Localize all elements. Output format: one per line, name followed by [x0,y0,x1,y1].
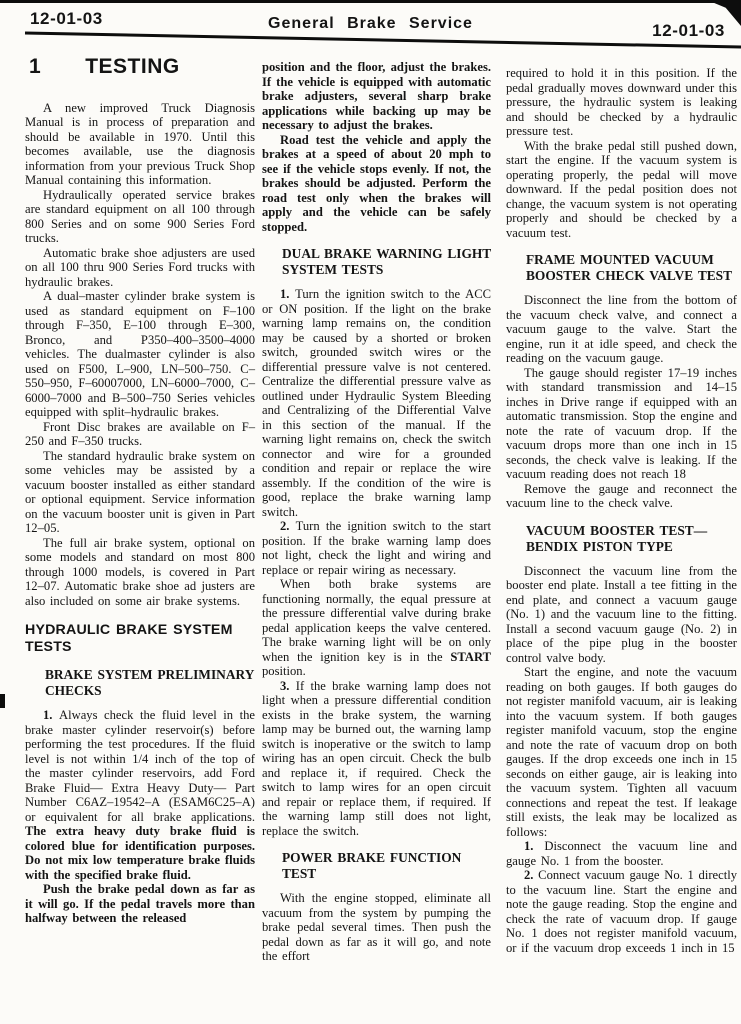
bold-text: Push the brake pedal down as far as it w… [25,882,255,925]
section-number: 1 [29,60,41,75]
paragraph: Start the engine, and note the vacuum re… [506,665,737,839]
body-text: A dual–master cylinder brake system is u… [25,289,255,419]
paragraph: The full air brake system, optional on s… [25,536,255,609]
paragraph: Hydraulically operated service brakes ar… [25,188,255,246]
subsection-heading: POWER BRAKE FUNCTION TEST [262,850,491,882]
body-text: Turn the ignition switch to the ACC or O… [262,287,491,519]
subsection-heading: FRAME MOUNTED VACUUM BOOSTER CHECK VALVE… [506,252,737,284]
body-text: The full air brake system, optional on s… [25,536,255,608]
body-text: Connect vacuum gauge No. 1 directly to t… [506,868,737,955]
paragraph: A new improved Truck Diagnosis Manual is… [25,101,255,188]
paragraph: When both brake systems are functioning … [262,577,491,679]
body-text: Disconnect the vacuum line from the boos… [506,564,737,665]
section-title: TESTING [85,55,180,78]
paragraph: Push the brake pedal down as far as it w… [25,882,255,926]
body-text: required to hold it in this position. If… [506,66,737,138]
paragraph: Road test the vehicle and apply the brak… [262,133,491,235]
body-text: position. [262,664,306,678]
paragraph: A dual–master cylinder brake system is u… [25,289,255,420]
manual-page: 12-01-03 General Brake Service 12-01-03 … [0,0,741,1024]
body-text: The standard hydraulic brake system on s… [25,449,255,536]
bold-text: Road test the vehicle and apply the brak… [262,133,491,234]
bold-text: 1. [280,287,295,301]
paragraph: Front Disc brakes are available on F–250… [25,420,255,449]
paragraph: 2. Connect vacuum gauge No. 1 directly t… [506,868,737,955]
body-text: If the brake warning lamp does not light… [262,679,491,838]
paragraph: 1. Always check the fluid level in the b… [25,708,255,882]
body-text: A new improved Truck Diagnosis Manual is… [25,101,255,188]
body-text: Disconnect the line from the bottom of t… [506,293,737,365]
bold-text: FRAME MOUNTED VACUUM BOOSTER CHECK VALVE… [526,252,732,283]
body-text: Front Disc brakes are available on F–250… [25,420,255,449]
paragraph: With the engine stopped, eliminate all v… [262,891,491,964]
bold-text: 3. [280,679,296,693]
paragraph: The gauge should register 17–19 inches w… [506,366,737,482]
scan-artifact-left-edge [0,694,5,708]
subsection-heading: VACUUM BOOSTER TEST— BENDIX PISTON TYPE [506,523,737,555]
paragraph: 2. Turn the ignition switch to the start… [262,519,491,577]
bold-text: BRAKE SYSTEM PRELIMINARY CHECKS [45,667,254,698]
paragraph: Remove the gauge and reconnect the vacuu… [506,482,737,511]
subsection-heading: DUAL BRAKE WARNING LIGHT SYSTEM TESTS [262,246,491,278]
header-rule [0,0,741,60]
bold-text: position and the floor, adjust the brake… [262,60,491,132]
paragraph: 1. Disconnect the vacuum line and gauge … [506,839,737,868]
paragraph: 1. Turn the ignition switch to the ACC o… [262,287,491,519]
paragraph: 3. If the brake warning lamp does not li… [262,679,491,839]
paragraph: Disconnect the vacuum line from the boos… [506,564,737,666]
column-3: required to hold it in this position. If… [506,66,737,955]
bold-text: START [450,650,491,664]
paragraph: With the brake pedal still pushed down, … [506,139,737,241]
paragraph: Disconnect the line from the bottom of t… [506,293,737,366]
bold-text: HYDRAULIC BRAKE SYSTEM TESTS [25,622,233,655]
body-text: The gauge should register 17–19 inches w… [506,366,737,482]
column-2: position and the floor, adjust the brake… [262,60,491,964]
bold-text: 1. [43,708,59,722]
section-heading: 1TESTING [29,60,255,75]
column-1: 1TESTINGA new improved Truck Diagnosis M… [25,58,255,926]
body-text: With the brake pedal still pushed down, … [506,139,737,240]
body-text: Always check the fluid level in the brak… [25,708,255,824]
subsection-heading: HYDRAULIC BRAKE SYSTEM TESTS [25,622,255,655]
paragraph: Automatic brake shoe adjusters are used … [25,246,255,290]
body-text: Turn the ignition switch to the start po… [262,519,491,577]
bold-text: 2. [280,519,296,533]
bold-text: The extra heavy duty brake fluid is colo… [25,824,255,882]
paragraph: position and the floor, adjust the brake… [262,60,491,133]
bold-text: VACUUM BOOSTER TEST— BENDIX PISTON TYPE [526,523,707,554]
body-text: With the engine stopped, eliminate all v… [262,891,491,963]
body-text: Remove the gauge and reconnect the vacuu… [506,482,737,511]
paragraph: The standard hydraulic brake system on s… [25,449,255,536]
body-text: Start the engine, and note the vacuum re… [506,665,737,839]
body-text: Automatic brake shoe adjusters are used … [25,246,255,289]
bold-text: 2. [524,868,538,882]
bold-text: 1. [524,839,544,853]
paragraph: required to hold it in this position. If… [506,66,737,139]
bold-text: POWER BRAKE FUNCTION TEST [282,850,461,881]
subsection-heading: BRAKE SYSTEM PRELIMINARY CHECKS [25,667,255,699]
bold-text: DUAL BRAKE WARNING LIGHT SYSTEM TESTS [282,246,491,277]
body-text: Hydraulically operated service brakes ar… [25,188,255,246]
